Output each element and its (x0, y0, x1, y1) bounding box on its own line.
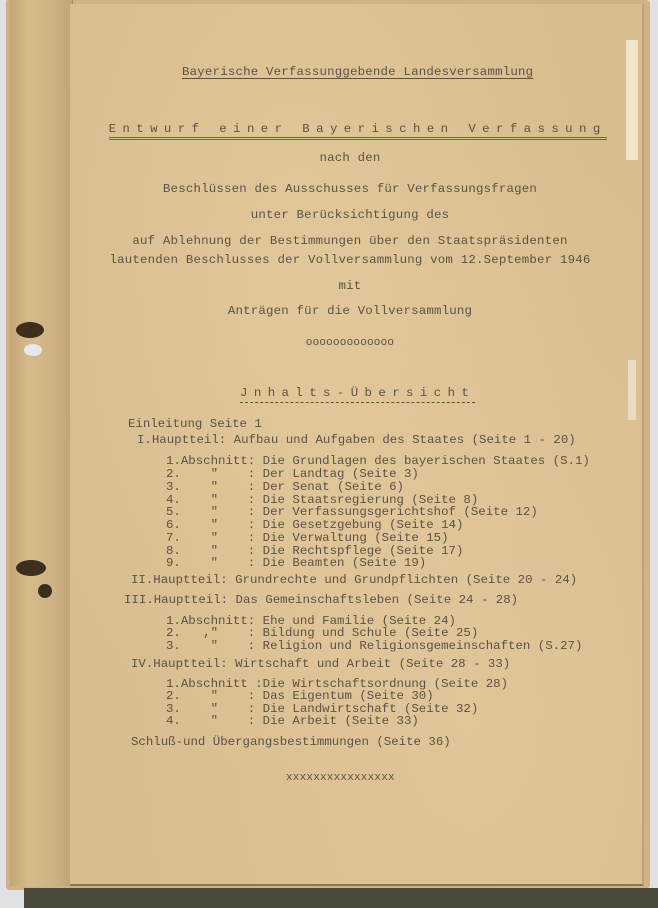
subtitle-line: mit (70, 279, 630, 293)
toc-heading-text: Jnhalts-Übersicht (240, 386, 475, 403)
toc-intro: Einleitung Seite 1 (128, 418, 262, 431)
subtitle-line: unter Berücksichtigung des (70, 208, 630, 222)
subtitle-line: lautenden Beschlusses der Vollversammlun… (70, 253, 630, 267)
subtitle-line: nach den (70, 151, 630, 165)
toc-part: I.Hauptteil: Aufbau und Aufgaben des Sta… (137, 434, 576, 447)
toc-section: 9. " : Die Beamten (Seite 19) (166, 557, 426, 570)
punch-hole (38, 584, 52, 598)
toc-heading: Jnhalts-Übersicht (70, 372, 630, 400)
toc-part: III.Hauptteil: Das Gemeinschaftsleben (S… (124, 594, 518, 607)
toc-section: 4. " : Die Arbeit (Seite 33) (166, 715, 419, 728)
title-text: Entwurf einer Bayerischen Verfassung (109, 122, 607, 140)
document-title: Entwurf einer Bayerischen Verfassung (80, 108, 620, 136)
header-text: Bayerische Verfassunggebende Landesversa… (182, 65, 533, 79)
document-binding-strip (10, 0, 73, 886)
subtitle-line: Beschlüssen des Ausschusses für Verfassu… (70, 182, 630, 196)
toc-section: 3. " : Religion und Religionsgemeinschaf… (166, 640, 582, 653)
subtitle-line: auf Ablehnung der Bestimmungen über den … (70, 234, 630, 248)
subtitle-line: Anträgen für die Vollversammlung (70, 304, 630, 318)
punch-hole (16, 322, 44, 338)
separator: ooooooooooooo (70, 337, 630, 349)
background-shadow (24, 888, 658, 908)
punch-hole (16, 560, 46, 576)
end-mark: xxxxxxxxxxxxxxxx (286, 772, 395, 784)
toc-closing: Schluß-und Übergangsbestimmungen (Seite … (131, 736, 451, 749)
toc-part: II.Hauptteil: Grundrechte und Grundpflic… (131, 574, 577, 587)
punch-hole (24, 344, 42, 356)
toc-part: IV.Hauptteil: Wirtschaft und Arbeit (Sei… (131, 658, 510, 671)
document-header: Bayerische Verfassunggebende Landesversa… (70, 51, 630, 79)
